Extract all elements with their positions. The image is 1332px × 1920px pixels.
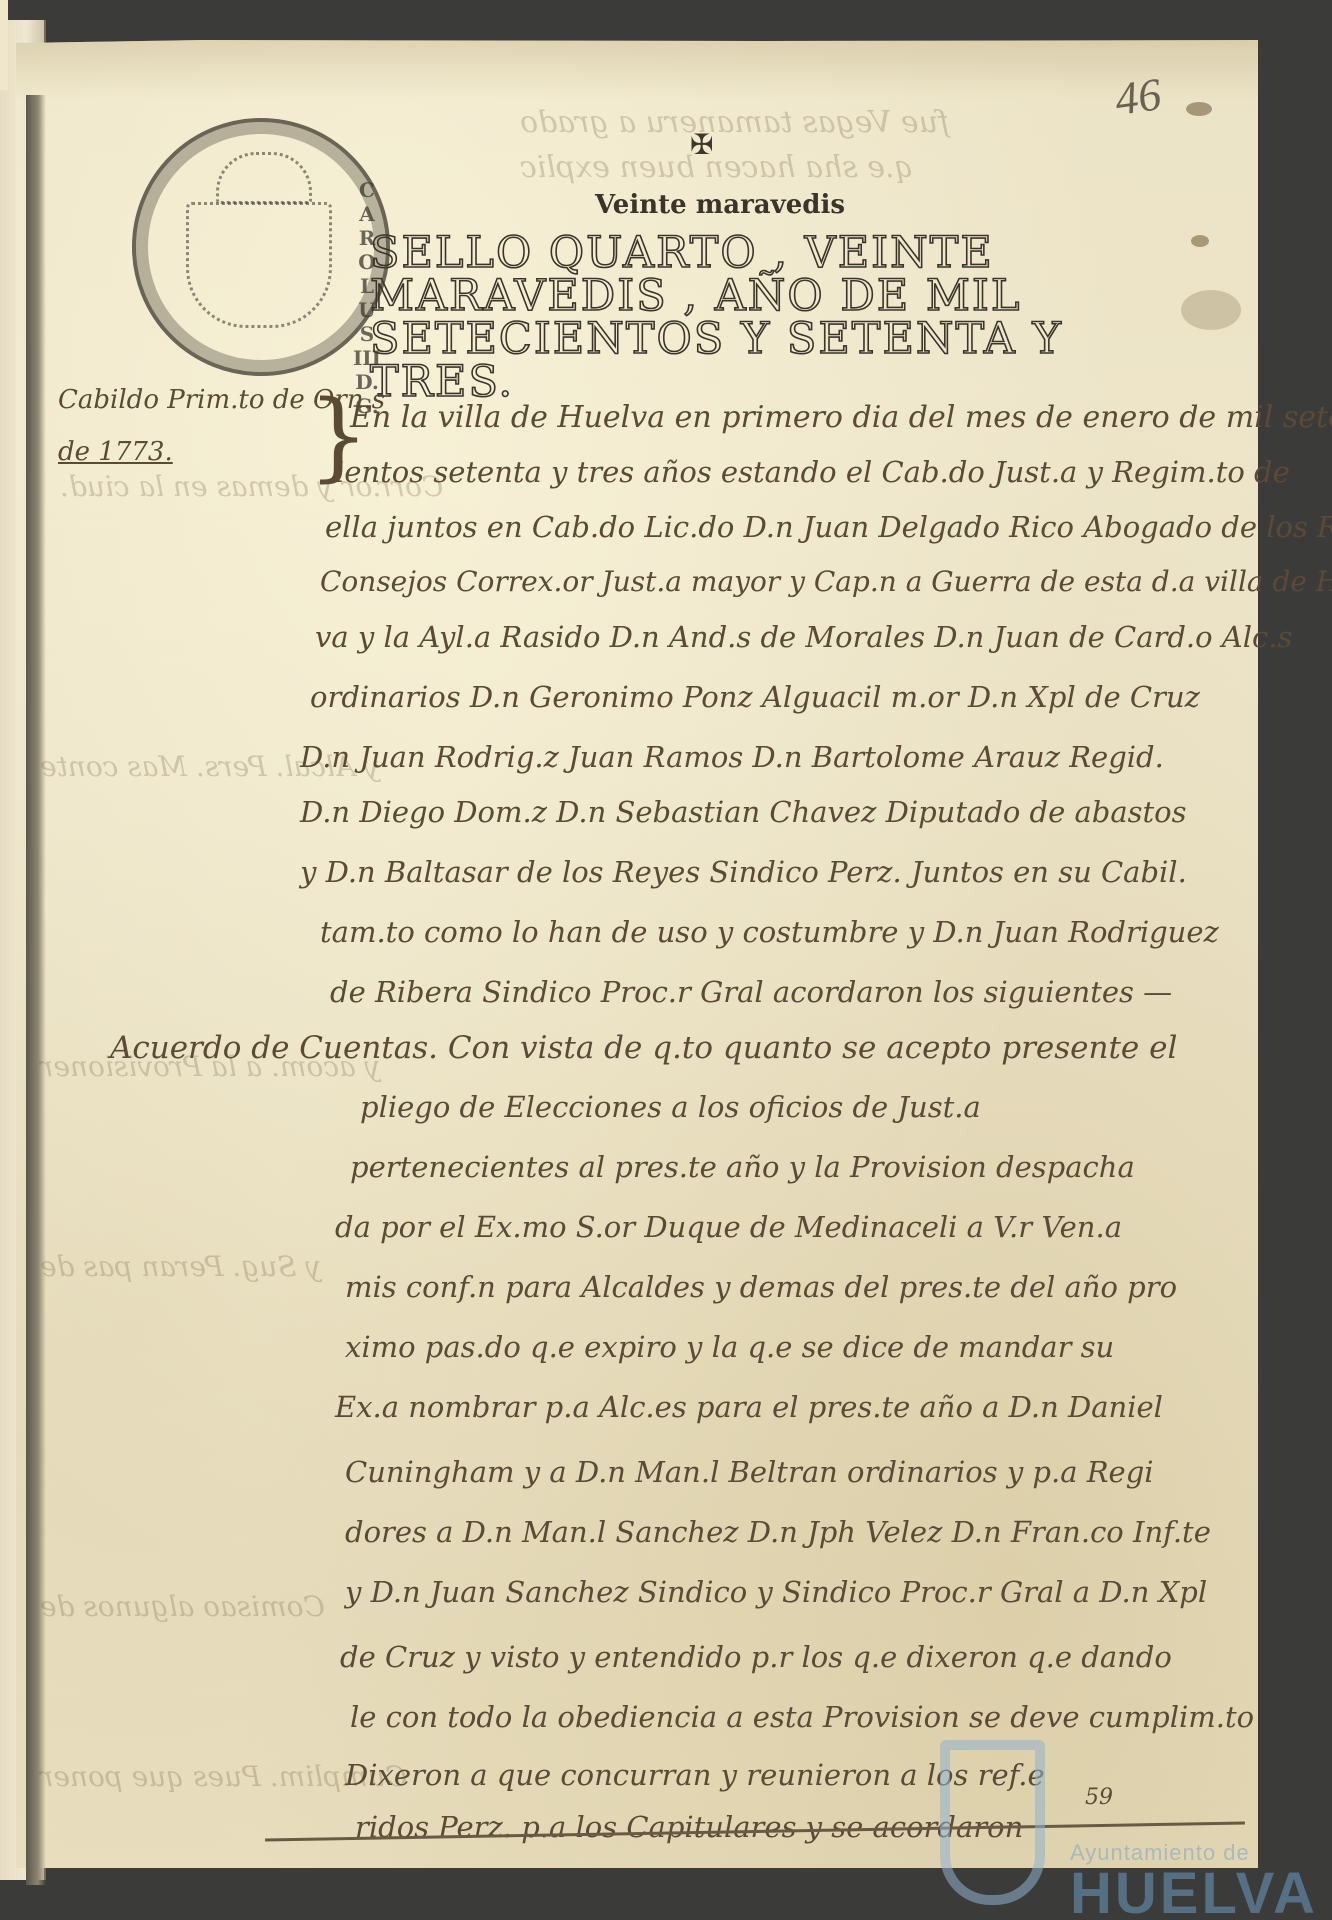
huelva-shield-icon (940, 1740, 1045, 1905)
bleed-through-text: q.e sha hacen buen explic (520, 150, 914, 185)
body-line: Acuerdo de Cuentas. Con vista de q.to qu… (110, 1030, 1177, 1066)
body-line: da por el Ex.mo S.or Duque de Medinaceli… (335, 1210, 1122, 1244)
body-line: dores a D.n Man.l Sanchez D.n Jph Velez … (345, 1515, 1211, 1549)
body-line: mis conf.n para Alcaldes y demas del pre… (345, 1270, 1177, 1304)
crown-icon (216, 152, 312, 204)
watermark-line2: HUELVA (1070, 1860, 1318, 1920)
body-line: va y la Ayl.a Rasido D.n And.s de Morale… (315, 620, 1292, 654)
body-line: D.n Juan Rodrig.z Juan Ramos D.n Bartolo… (300, 740, 1164, 774)
body-line: pertenecientes al pres.te año y la Provi… (350, 1150, 1135, 1184)
body-line: ella juntos en Cab.do Lic.do D.n Juan De… (325, 510, 1332, 544)
body-line: ientos setenta y tres años estando el Ca… (335, 455, 1290, 489)
body-line: Ex.a nombrar p.a Alc.es para el pres.te … (335, 1390, 1163, 1424)
folio-number: 46 (1112, 67, 1165, 126)
body-line: y D.n Juan Sanchez Sindico y Sindico Pro… (345, 1575, 1207, 1609)
coat-of-arms-icon (186, 202, 332, 328)
royal-seal-stamp: CAROLUS III D.G. (132, 118, 390, 376)
ink-stain (1191, 235, 1209, 247)
body-line: Cuningham y a D.n Man.l Beltran ordinari… (345, 1455, 1154, 1489)
ink-stain (1181, 290, 1241, 330)
body-line: Consejos Correx.or Just.a mayor y Cap.n … (320, 565, 1332, 598)
stamp-heading: SELLO QUARTO , VEINTE MARAVEDIS , AÑO DE… (370, 232, 1070, 404)
stamp-subtitle: Veinte maravedis (595, 190, 845, 220)
ink-stain (1186, 102, 1212, 116)
cross-icon: ✠ (690, 128, 713, 161)
body-line: y D.n Baltasar de los Reyes Sindico Perz… (300, 855, 1187, 889)
previous-page-corner (0, 0, 8, 90)
bleed-through-text: fue Vegas tamaneru a grado (520, 105, 949, 140)
body-line: En la villa de Huelva en primero dia del… (350, 400, 1332, 435)
body-line: de Cruz y visto y entendido p.r los q.e … (340, 1640, 1172, 1674)
body-line: tam.to como lo han de uso y costumbre y … (320, 915, 1219, 949)
body-line: de Ribera Sindico Proc.r Gral acordaron … (330, 975, 1172, 1009)
bleed-through-text: Comisao algunos de (40, 1590, 325, 1623)
body-line: ordinarios D.n Geronimo Ponz Alguacil m.… (310, 680, 1200, 714)
bleed-through-text: y Sug. Peran pas de (40, 1250, 321, 1283)
body-line: ximo pas.do q.e expiro y la q.e se dice … (345, 1330, 1114, 1364)
archive-watermark: Ayuntamiento de HUELVA (920, 1720, 1320, 1920)
body-line: D.n Diego Dom.z D.n Sebastian Chavez Dip… (300, 795, 1187, 829)
body-line: pliego de Elecciones a los oficios de Ju… (360, 1090, 981, 1124)
